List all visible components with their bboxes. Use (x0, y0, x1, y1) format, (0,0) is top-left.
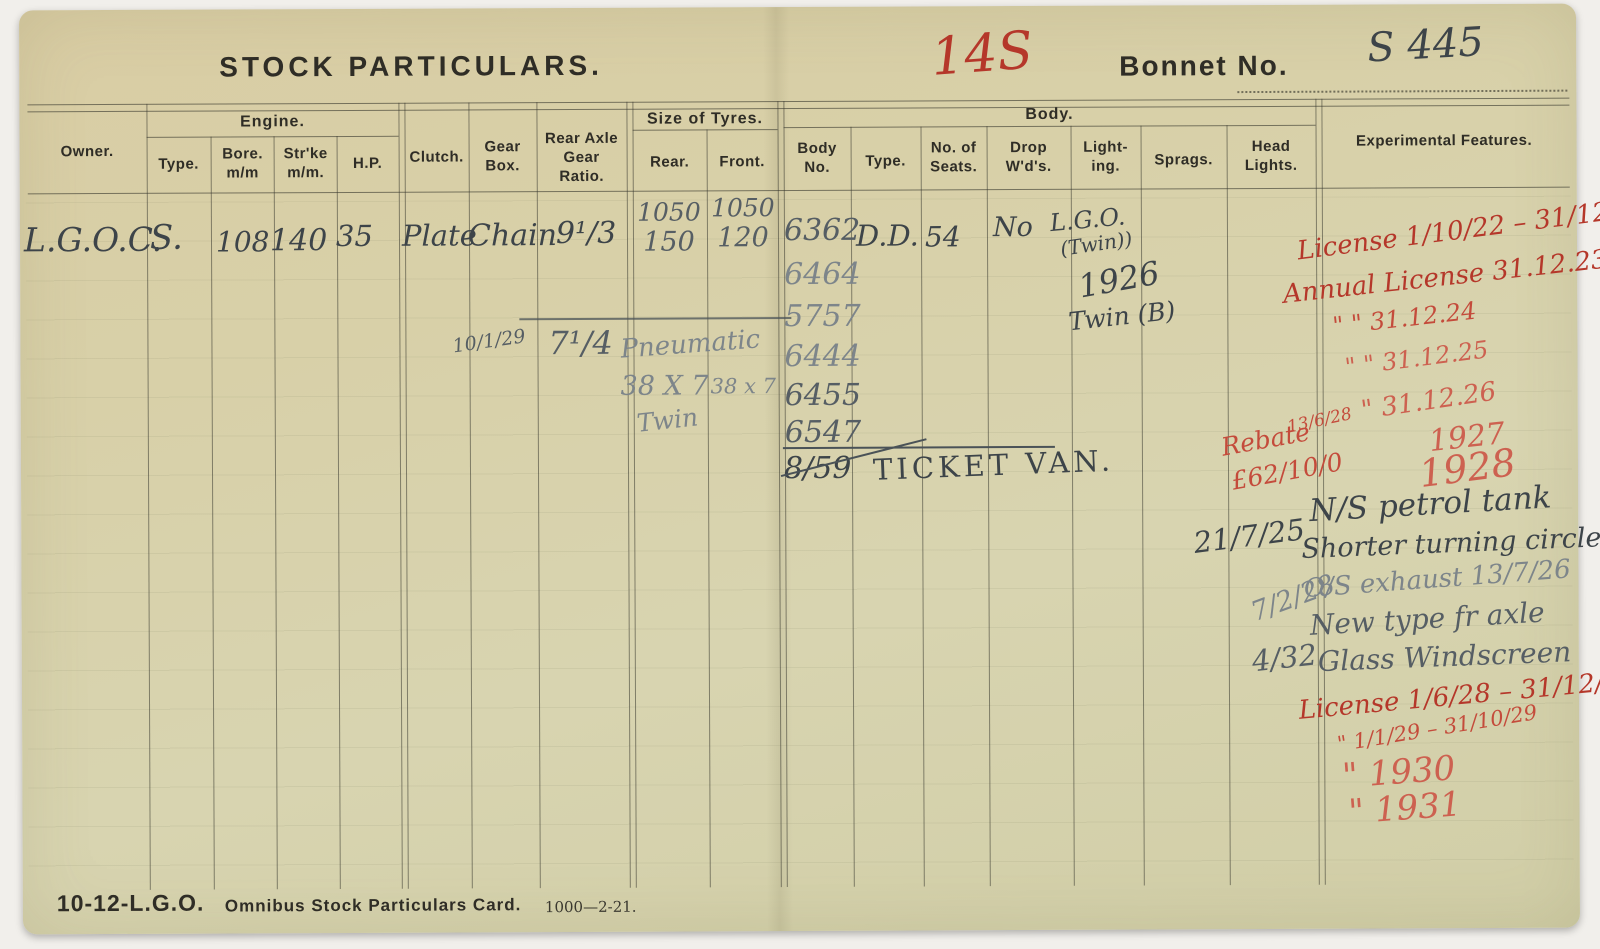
cell-clutch: Plate (402, 218, 477, 252)
divider-lighting-sprags (1141, 126, 1145, 886)
cell-drop-windows: No (993, 212, 1033, 243)
cell-gearbox-date: 10/1/29 (451, 325, 527, 357)
header-tyres-group: Size of Tyres. (632, 110, 777, 129)
header-engine-type: Type. (147, 156, 211, 175)
headlights-date: 21/7/25 (1192, 512, 1307, 560)
headlights-date: 4/32 (1250, 637, 1318, 678)
cell-tyre-rear-top: 1050 (633, 197, 705, 226)
cell-tyre-later-rear: 38 X 7 (621, 370, 709, 401)
cell-body-number: 6547 (785, 415, 855, 450)
rebate-date: 13/6/28 (1285, 404, 1353, 437)
cell-body-number: 6464 (784, 257, 854, 292)
experimental-pencil-line: New type fr axle (1309, 596, 1546, 642)
divider-ratio-tyres-a (626, 102, 630, 888)
cell-tyre-front-bottom: 120 (709, 222, 777, 253)
header-hp: H.P. (337, 155, 399, 174)
cell-body-type: D.D. (856, 218, 919, 252)
header-body-no: Body No. (786, 140, 849, 178)
header-gear-box: Gear Box. (473, 138, 533, 176)
header-rear-axle-ratio: Rear Axle Gear Ratio. (540, 130, 624, 187)
header-engine-group: Engine. (146, 113, 398, 132)
footer-form-code: 10-12-L.G.O. (57, 890, 205, 918)
header-head-lights: Head Lights. (1231, 138, 1312, 176)
cell-tyre-rear-bottom: 150 (633, 226, 705, 257)
cell-hp: 35 (336, 219, 373, 253)
header-drop-windows: Drop W'd's. (991, 139, 1067, 177)
cell-body-number: 6362 (784, 213, 854, 248)
cell-body-number: 6444 (784, 339, 854, 374)
header-stroke: Str'ke m/m. (276, 145, 336, 183)
cell-tyre-later-type: Pneumatic (620, 324, 762, 364)
cell-engine-type: S. (150, 218, 183, 258)
divider-sprags-headlights (1227, 125, 1231, 885)
stock-particulars-card: STOCK PARTICULARS. 14S Bonnet No. S 445 … (19, 4, 1580, 935)
cell-tyre-front-top: 1050 (709, 193, 777, 222)
divider-type-bore (211, 137, 215, 890)
rule-header-bottom (28, 187, 1570, 195)
cell-body-note-number: 8/59 (784, 451, 852, 486)
header-bore: Bore. m/m (213, 145, 273, 183)
header-tyre-rear: Rear. (633, 153, 707, 172)
header-body-group: Body. (783, 105, 1315, 125)
experimental-red-line: " 1931 (1347, 784, 1463, 832)
experimental-red-line: " " 31.12.24 (1331, 297, 1477, 341)
cell-tyre-later-front: 38 x 7 (711, 374, 776, 398)
cell-rear-axle-ratio: 9¹/3 (556, 216, 616, 251)
header-seats: No. of Seats. (923, 139, 985, 177)
footer-form-name: Omnibus Stock Particulars Card. (225, 895, 522, 916)
cell-body-number: 5757 (784, 299, 854, 334)
page-title: STOCK PARTICULARS. (219, 50, 603, 84)
cell-tyre-later-note: Twin (635, 402, 699, 437)
header-owner: Owner. (28, 143, 147, 162)
header-body-type: Type. (851, 152, 921, 171)
cell-owner: L.G.O.C. (24, 220, 162, 260)
experimental-pencil-line: N/S petrol tank (1308, 479, 1552, 529)
header-lighting: Light-ing. (1075, 139, 1137, 177)
experimental-pencil-line: Glass Windscreen (1317, 635, 1572, 678)
cell-stroke: 140 (270, 223, 327, 258)
amendment-line (519, 317, 791, 320)
header-clutch: Clutch. (405, 148, 469, 167)
cell-rear-axle-ratio-2: 7¹/4 (548, 324, 612, 362)
fleet-number: 14S (929, 21, 1035, 88)
bonnet-number: S 445 (1366, 19, 1485, 72)
cell-bore: 108 (216, 225, 270, 258)
footer-print-code: 1000—2-21. (545, 898, 637, 916)
rule-tyres-underline (633, 129, 778, 131)
cell-body-note-text: TICKET VAN. (872, 443, 1114, 486)
header-experimental: Experimental Features. (1322, 132, 1567, 152)
header-sprags: Sprags. (1141, 151, 1227, 170)
experimental-red-line: " " 31.12.25 (1343, 335, 1490, 381)
divider-tyres-body-a (777, 101, 781, 887)
cell-seats: 54 (925, 220, 961, 253)
rule-engine-underline (147, 136, 399, 138)
rule-body-underline (784, 125, 1316, 128)
cell-gear-box: Chain (468, 218, 557, 253)
rule-top-1 (27, 98, 1569, 106)
cell-body-number: 6455 (785, 378, 855, 413)
divider-seats-drop (987, 126, 991, 886)
header-tyre-front: Front. (707, 153, 778, 172)
